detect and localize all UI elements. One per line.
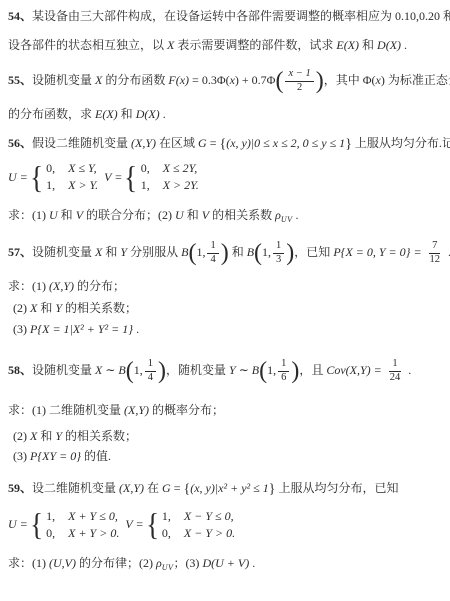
text-run: 的相关系数； bbox=[62, 301, 137, 315]
math-run: Y ∼ B bbox=[229, 363, 259, 377]
math-run: V = bbox=[104, 169, 122, 186]
math-run: Cov(X,Y) = bbox=[326, 363, 384, 377]
cases-U: 0,X ≤ Y,1,X > Y. bbox=[46, 161, 98, 193]
problem-54-line-1: 54、某设备由三大部件构成，在设备运转中各部件需要调整的概率相应为 0.10,0… bbox=[8, 8, 444, 25]
problem-55-line-2: 的分布函数，求 E(X) 和 D(X) . bbox=[8, 106, 444, 123]
big-paren-close: ) bbox=[316, 68, 324, 94]
case-row: 0,X ≤ 2Y, bbox=[141, 161, 199, 176]
text-run: 和 bbox=[184, 208, 202, 222]
fraction: 124 bbox=[387, 358, 404, 384]
fraction-numerator: 1 bbox=[389, 358, 400, 372]
case-value: 0, bbox=[141, 161, 163, 176]
text-run: . bbox=[160, 107, 166, 121]
fraction-denominator: 6 bbox=[278, 372, 289, 385]
case-row: 1,X > 2Y. bbox=[141, 178, 199, 193]
math-run: X ∼ B bbox=[95, 363, 126, 377]
text-run: 在 bbox=[144, 481, 162, 495]
text-run: 的相关系数 bbox=[209, 208, 275, 222]
problem-59: 59、设二维随机变量 (X,Y) 在 G = {(x, y)|x² + y² ≤… bbox=[8, 480, 444, 576]
text-run: 和 bbox=[229, 245, 247, 259]
text-run: 上服从均匀分布，已知 bbox=[275, 481, 398, 495]
text-run: ，且 bbox=[299, 363, 326, 377]
problem-number: 59、 bbox=[8, 481, 32, 495]
math-run: P{XY = 0} bbox=[30, 449, 81, 463]
case-value: 1, bbox=[46, 509, 68, 524]
cases-brace: { bbox=[30, 162, 43, 192]
text-run: 的相关系数； bbox=[62, 429, 137, 443]
text-run: 求：(1) bbox=[8, 556, 49, 570]
case-condition: X > Y. bbox=[68, 178, 98, 193]
math-run: P{X = 0, Y = 0} = bbox=[333, 245, 424, 259]
math-run: (U,V) bbox=[49, 556, 76, 570]
text-run: 的联合分布；(2) bbox=[83, 208, 175, 222]
problem-58-ask-3: (3) P{XY = 0} 的值. bbox=[8, 448, 444, 465]
math-run: D(X) bbox=[377, 38, 401, 52]
math-run: E(X) bbox=[95, 107, 118, 121]
text-run: 和 bbox=[37, 429, 55, 443]
text-run: 的值. bbox=[81, 449, 111, 463]
text-run: 的分布函数 bbox=[102, 73, 168, 87]
problem-number: 55、 bbox=[8, 73, 32, 87]
text-run: 设随机变量 bbox=[32, 73, 95, 87]
text-run: 设二维随机变量 bbox=[32, 481, 119, 495]
fraction: 712 bbox=[427, 240, 444, 266]
fraction-numerator: 7 bbox=[429, 240, 440, 254]
text-run: 分别服从 bbox=[127, 245, 181, 259]
text-run: 的概率分布； bbox=[149, 403, 224, 417]
case-condition: X + Y ≤ 0, bbox=[68, 509, 118, 524]
big-paren-open: ( bbox=[259, 358, 267, 384]
cases-brace: { bbox=[146, 509, 159, 539]
text-run: ，随机变量 bbox=[166, 363, 229, 377]
cases-V: 1,X − Y ≤ 0,0,X − Y > 0. bbox=[162, 509, 235, 541]
set-brace-close: } bbox=[345, 137, 352, 152]
problem-57-ask-1: 求：(1) (X,Y) 的分布； bbox=[8, 278, 444, 295]
case-row: 1,X + Y ≤ 0, bbox=[46, 509, 119, 524]
problem-number: 54、 bbox=[8, 9, 32, 23]
math-run: B bbox=[247, 245, 254, 259]
text-run: 和 bbox=[58, 208, 76, 222]
text-run: ，已知 bbox=[294, 245, 333, 259]
fraction-denominator: 24 bbox=[387, 372, 404, 385]
math-run: (X,Y) bbox=[49, 279, 74, 293]
problem-55: 55、设随机变量 X 的分布函数 F(x) = 0.3Φ(x) + 0.7Φ(x… bbox=[8, 68, 444, 123]
case-condition: X ≤ 2Y, bbox=[163, 161, 198, 176]
problem-57: 57、设随机变量 X 和 Y 分别服从 B(1,14) 和 B(1,13)，已知… bbox=[8, 240, 444, 338]
math-run: G bbox=[198, 136, 207, 150]
problem-54: 54、某设备由三大部件构成，在设备运转中各部件需要调整的概率相应为 0.10,0… bbox=[8, 8, 444, 54]
text-run: 和 bbox=[37, 301, 55, 315]
math-run: U bbox=[49, 208, 58, 222]
problem-58-ask-2: (2) X 和 Y 的相关系数； bbox=[8, 428, 444, 445]
cases-U: 1,X + Y ≤ 0,0,X + Y > 0. bbox=[46, 509, 119, 541]
problem-58-line-1: 58、设随机变量 X ∼ B(1,14)，随机变量 Y ∼ B(1,16)，且 … bbox=[8, 358, 444, 384]
rho-subscript: UV bbox=[281, 215, 293, 224]
big-paren-open: ( bbox=[275, 68, 283, 94]
fraction: 14 bbox=[145, 358, 156, 384]
text-run: 求：(1) 二维随机变量 bbox=[8, 403, 124, 417]
problem-number: 58、 bbox=[8, 363, 32, 377]
text-run: (2) bbox=[13, 429, 30, 443]
fraction-numerator: x − 1 bbox=[285, 68, 313, 82]
text-run: . bbox=[401, 38, 407, 52]
worksheet-page: 54、某设备由三大部件构成，在设备运转中各部件需要调整的概率相应为 0.10,0… bbox=[0, 0, 450, 576]
case-condition: X > 2Y. bbox=[163, 178, 199, 193]
fraction-denominator: 4 bbox=[145, 372, 156, 385]
text-run: 在区域 bbox=[156, 136, 198, 150]
text-run: 表示需要调整的部件数，试求 bbox=[174, 38, 336, 52]
case-value: 0, bbox=[46, 526, 68, 541]
fraction: 14 bbox=[207, 240, 218, 266]
text-run: 和 bbox=[359, 38, 377, 52]
math-run: 1, bbox=[134, 363, 143, 377]
fraction-numerator: 1 bbox=[145, 358, 156, 372]
math-run: V bbox=[76, 208, 83, 222]
problem-59-line-1: 59、设二维随机变量 (X,Y) 在 G = {(x, y)|x² + y² ≤… bbox=[8, 480, 444, 498]
math-run: 1, bbox=[262, 245, 271, 259]
fraction-denominator: 12 bbox=[427, 254, 444, 267]
fraction: 13 bbox=[273, 240, 284, 266]
text-run: . bbox=[293, 208, 299, 222]
math-run: (x, y)|0 ≤ x ≤ 2, 0 ≤ y ≤ 1 bbox=[226, 136, 345, 150]
case-row: 1,X > Y. bbox=[46, 178, 98, 193]
problem-59-definitions: U = {1,X + Y ≤ 0,0,X + Y > 0.V = {1,X − … bbox=[8, 509, 444, 541]
piecewise-U: U = {0,X ≤ Y,1,X > Y. bbox=[8, 161, 98, 193]
text-run: 和 bbox=[102, 245, 120, 259]
case-row: 1,X − Y ≤ 0, bbox=[162, 509, 235, 524]
text-run: (3) bbox=[13, 449, 30, 463]
problem-57-ask-2: (2) X 和 Y 的相关系数； bbox=[8, 300, 444, 317]
fraction-denominator: 3 bbox=[273, 254, 284, 267]
math-run: = bbox=[207, 136, 220, 150]
text-run: 设随机变量 bbox=[32, 245, 95, 259]
case-value: 1, bbox=[141, 178, 163, 193]
math-run: D(U + V) bbox=[202, 556, 249, 570]
math-run: = 0.3Φ( bbox=[189, 73, 230, 87]
text-run: 设随机变量 bbox=[32, 363, 95, 377]
math-run: V = bbox=[125, 516, 143, 533]
problem-56-line-1: 56、假设二维随机变量 (X,Y) 在区域 G = {(x, y)|0 ≤ x … bbox=[8, 135, 444, 153]
fraction-numerator: 1 bbox=[278, 358, 289, 372]
text-run: . bbox=[405, 363, 411, 377]
problem-number: 57、 bbox=[8, 245, 32, 259]
problem-55-line-1: 55、设随机变量 X 的分布函数 F(x) = 0.3Φ(x) + 0.7Φ(x… bbox=[8, 68, 444, 94]
text-run: 假设二维随机变量 bbox=[32, 136, 131, 150]
case-condition: X ≤ Y, bbox=[68, 161, 97, 176]
fraction-numerator: 1 bbox=[207, 240, 218, 254]
case-value: 1, bbox=[46, 178, 68, 193]
problem-54-line-2: 设各部件的状态相互独立，以 X 表示需要调整的部件数，试求 E(X) 和 D(X… bbox=[8, 37, 444, 54]
text-run: 求：(1) bbox=[8, 279, 49, 293]
text-run: 的分布律；(2) bbox=[76, 556, 156, 570]
math-run: (X,Y) bbox=[119, 481, 144, 495]
problem-57-ask-3: (3) P{X = 1|X² + Y² = 1} . bbox=[8, 321, 444, 338]
case-condition: X + Y > 0. bbox=[68, 526, 119, 541]
math-run: U bbox=[175, 208, 184, 222]
case-value: 0, bbox=[162, 526, 184, 541]
text-run: 和 bbox=[118, 107, 136, 121]
case-row: 0,X + Y > 0. bbox=[46, 526, 119, 541]
fraction: x − 12 bbox=[285, 68, 313, 94]
problem-56-ask: 求：(1) U 和 V 的联合分布；(2) U 和 V 的相关系数 ρUV . bbox=[8, 207, 444, 228]
math-run: F(x) bbox=[168, 73, 189, 87]
text-run: . bbox=[445, 245, 450, 259]
text-run: 某设备由三大部件构成，在设备运转中各部件需要调整的概率相应为 0.10,0.20… bbox=[32, 9, 450, 23]
case-row: 0,X ≤ Y, bbox=[46, 161, 98, 176]
text-run: ) 为标准正态分布 bbox=[381, 73, 450, 87]
math-run: = bbox=[171, 481, 184, 495]
piecewise-V: V = {1,X − Y ≤ 0,0,X − Y > 0. bbox=[125, 509, 235, 541]
fraction-denominator: 4 bbox=[207, 254, 218, 267]
case-value: 0, bbox=[46, 161, 68, 176]
math-run: (X,Y) bbox=[124, 403, 149, 417]
case-condition: X − Y > 0. bbox=[184, 526, 235, 541]
math-run: ) + 0.7Φ bbox=[235, 73, 276, 87]
cases-brace: { bbox=[124, 162, 137, 192]
case-value: 1, bbox=[162, 509, 184, 524]
piecewise-U: U = {1,X + Y ≤ 0,0,X + Y > 0. bbox=[8, 509, 119, 541]
math-run: 1, bbox=[267, 363, 276, 377]
math-run: (x, y)|x² + y² ≤ 1 bbox=[190, 481, 268, 495]
math-run: D(X) bbox=[136, 107, 160, 121]
math-run: (X,Y) bbox=[131, 136, 156, 150]
text-run: . bbox=[249, 556, 255, 570]
problem-59-ask: 求：(1) (U,V) 的分布律；(2) ρUV；(3) D(U + V) . bbox=[8, 555, 444, 576]
math-run: 1, bbox=[196, 245, 205, 259]
text-run: . bbox=[133, 322, 139, 336]
text-run: (2) bbox=[13, 301, 30, 315]
big-paren-open: ( bbox=[126, 358, 134, 384]
big-paren-close: ) bbox=[158, 358, 166, 384]
big-paren-close: ) bbox=[221, 240, 229, 266]
text-run: 的分布； bbox=[74, 279, 125, 293]
problem-57-line-1: 57、设随机变量 X 和 Y 分别服从 B(1,14) 和 B(1,13)，已知… bbox=[8, 240, 444, 266]
fraction-denominator: 2 bbox=[294, 82, 305, 95]
math-run: U = bbox=[8, 516, 28, 533]
case-row: 0,X − Y > 0. bbox=[162, 526, 235, 541]
piecewise-V: V = {0,X ≤ 2Y,1,X > 2Y. bbox=[104, 161, 199, 193]
cases-brace: { bbox=[30, 509, 43, 539]
problem-58: 58、设随机变量 X ∼ B(1,14)，随机变量 Y ∼ B(1,16)，且 … bbox=[8, 358, 444, 464]
case-condition: X − Y ≤ 0, bbox=[184, 509, 234, 524]
problem-56-definitions: U = {0,X ≤ Y,1,X > Y.V = {0,X ≤ 2Y,1,X >… bbox=[8, 161, 444, 193]
text-run: ，其中 Φ( bbox=[324, 73, 376, 87]
math-run: E(X) bbox=[336, 38, 359, 52]
fraction-numerator: 1 bbox=[273, 240, 284, 254]
text-run: 的分布函数，求 bbox=[8, 107, 95, 121]
fraction: 16 bbox=[278, 358, 289, 384]
text-run: (3) bbox=[13, 322, 30, 336]
math-run: G bbox=[162, 481, 171, 495]
rho-subscript: UV bbox=[162, 563, 174, 572]
text-run: 求：(1) bbox=[8, 208, 49, 222]
text-run: 设各部件的状态相互独立，以 bbox=[8, 38, 167, 52]
cases-V: 0,X ≤ 2Y,1,X > 2Y. bbox=[141, 161, 199, 193]
text-run: ；(3) bbox=[173, 556, 202, 570]
text-run: 上服从均匀分布.记 bbox=[352, 136, 450, 150]
big-paren-open: ( bbox=[254, 240, 262, 266]
math-run: V bbox=[202, 208, 209, 222]
math-run: U = bbox=[8, 169, 28, 186]
problem-56: 56、假设二维随机变量 (X,Y) 在区域 G = {(x, y)|0 ≤ x … bbox=[8, 135, 444, 228]
problem-58-ask-1: 求：(1) 二维随机变量 (X,Y) 的概率分布； bbox=[8, 402, 444, 419]
math-run: P{X = 1|X² + Y² = 1} bbox=[30, 322, 133, 336]
problem-number: 56、 bbox=[8, 136, 32, 150]
